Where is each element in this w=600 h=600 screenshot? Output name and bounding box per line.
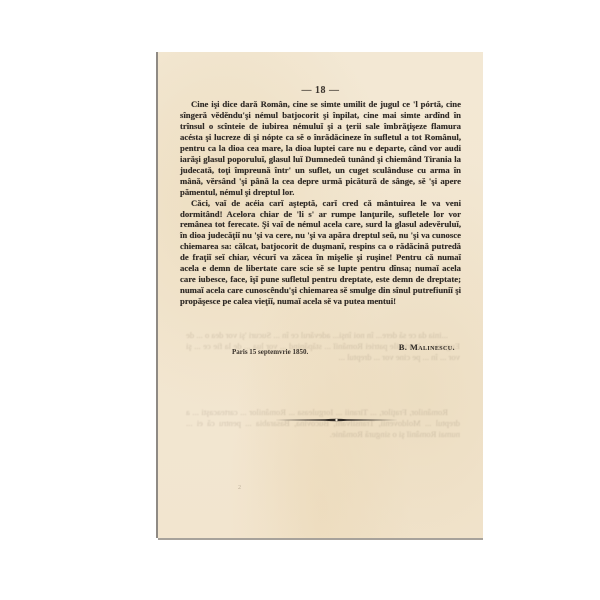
bleed-through-paragraph: Românilor, Fraţilor, ... Tiranii ... Ior… xyxy=(186,407,460,440)
author-signature: B. Malinescu. xyxy=(399,342,455,352)
dateline: Paris 15 septemvrie 1850. xyxy=(232,348,308,356)
folio-mark: 2 xyxy=(238,485,241,491)
ornamental-rule-icon xyxy=(275,418,398,421)
document-page: ...inia da ce să dere... în noi înşi... … xyxy=(158,52,483,538)
paragraph: Căci, vaĭ de acéia carĭ aşteptă, carĭ cr… xyxy=(180,198,461,308)
paragraph: Cine işi dice dară Român, cine se simte … xyxy=(180,99,461,198)
body-text: Cine işi dice dară Român, cine se simte … xyxy=(180,99,461,307)
page-number: — 18 — xyxy=(158,85,483,96)
